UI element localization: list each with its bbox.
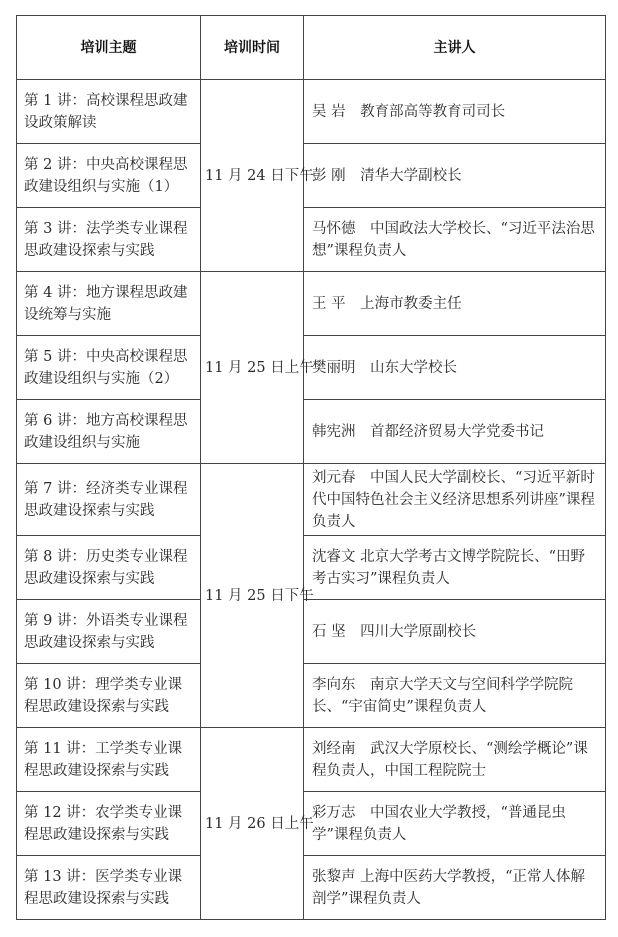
speaker-cell: 石 坚 四川大学原副校长 (304, 600, 606, 664)
table-header-row: 培训主题 培训时间 主讲人 (17, 16, 606, 80)
training-schedule-table: 培训主题 培训时间 主讲人 第 1 讲：高校课程思政建设政策解读 11 月 24… (16, 15, 606, 920)
speaker-cell: 刘元春 中国人民大学副校长、“习近平新时代中国特色社会主义经济思想系列讲座”课程… (304, 464, 606, 536)
topic-cell: 第 1 讲：高校课程思政建设政策解读 (17, 80, 201, 144)
topic-cell: 第 12 讲：农学类专业课程思政建设探索与实践 (17, 792, 201, 856)
table-row: 第 3 讲：法学类专业课程思政建设探索与实践 马怀德 中国政法大学校长、“习近平… (17, 208, 606, 272)
speaker-cell: 王 平 上海市教委主任 (304, 272, 606, 336)
topic-cell: 第 7 讲：经济类专业课程思政建设探索与实践 (17, 464, 201, 536)
speaker-cell: 彩万志 中国农业大学教授，“普通昆虫学”课程负责人 (304, 792, 606, 856)
table-row: 第 10 讲：理学类专业课程思政建设探索与实践 李向东 南京大学天文与空间科学学… (17, 664, 606, 728)
speaker-cell: 刘经南 武汉大学原校长、“测绘学概论”课程负责人，中国工程院院士 (304, 728, 606, 792)
topic-cell: 第 13 讲：医学类专业课程思政建设探索与实践 (17, 856, 201, 920)
topic-cell: 第 4 讲：地方课程思政建设统筹与实施 (17, 272, 201, 336)
table-row: 第 7 讲：经济类专业课程思政建设探索与实践 11 月 25 日下午 刘元春 中… (17, 464, 606, 536)
topic-cell: 第 10 讲：理学类专业课程思政建设探索与实践 (17, 664, 201, 728)
topic-cell: 第 2 讲：中央高校课程思政建设组织与实施（1） (17, 144, 201, 208)
speaker-cell: 吴 岩 教育部高等教育司司长 (304, 80, 606, 144)
speaker-cell: 张黎声 上海中医药大学教授，“正常人体解剖学”课程负责人 (304, 856, 606, 920)
speaker-cell: 李向东 南京大学天文与空间科学学院院长、“宇宙简史”课程负责人 (304, 664, 606, 728)
topic-cell: 第 8 讲：历史类专业课程思政建设探索与实践 (17, 536, 201, 600)
speaker-cell: 樊丽明 山东大学校长 (304, 336, 606, 400)
table-row: 第 11 讲：工学类专业课程思政建设探索与实践 11 月 26 日上午 刘经南 … (17, 728, 606, 792)
speaker-cell: 彭 刚 清华大学副校长 (304, 144, 606, 208)
table-row: 第 9 讲：外语类专业课程思政建设探索与实践 石 坚 四川大学原副校长 (17, 600, 606, 664)
time-cell: 11 月 26 日上午 (201, 728, 304, 920)
topic-cell: 第 5 讲：中央高校课程思政建设组织与实施（2） (17, 336, 201, 400)
speaker-cell: 沈睿文 北京大学考古文博学院院长、“田野考古实习”课程负责人 (304, 536, 606, 600)
speaker-cell: 韩宪洲 首都经济贸易大学党委书记 (304, 400, 606, 464)
table-row: 第 1 讲：高校课程思政建设政策解读 11 月 24 日下午 吴 岩 教育部高等… (17, 80, 606, 144)
time-cell: 11 月 25 日下午 (201, 464, 304, 728)
table-row: 第 13 讲：医学类专业课程思政建设探索与实践 张黎声 上海中医药大学教授，“正… (17, 856, 606, 920)
speaker-cell: 马怀德 中国政法大学校长、“习近平法治思想”课程负责人 (304, 208, 606, 272)
topic-cell: 第 6 讲：地方高校课程思政建设组织与实施 (17, 400, 201, 464)
time-cell: 11 月 24 日下午 (201, 80, 304, 272)
time-cell: 11 月 25 日上午 (201, 272, 304, 464)
topic-cell: 第 9 讲：外语类专业课程思政建设探索与实践 (17, 600, 201, 664)
header-speaker: 主讲人 (304, 16, 606, 80)
table-row: 第 4 讲：地方课程思政建设统筹与实施 11 月 25 日上午 王 平 上海市教… (17, 272, 606, 336)
header-topic: 培训主题 (17, 16, 201, 80)
table-row: 第 6 讲：地方高校课程思政建设组织与实施 韩宪洲 首都经济贸易大学党委书记 (17, 400, 606, 464)
topic-cell: 第 11 讲：工学类专业课程思政建设探索与实践 (17, 728, 201, 792)
topic-cell: 第 3 讲：法学类专业课程思政建设探索与实践 (17, 208, 201, 272)
header-time: 培训时间 (201, 16, 304, 80)
